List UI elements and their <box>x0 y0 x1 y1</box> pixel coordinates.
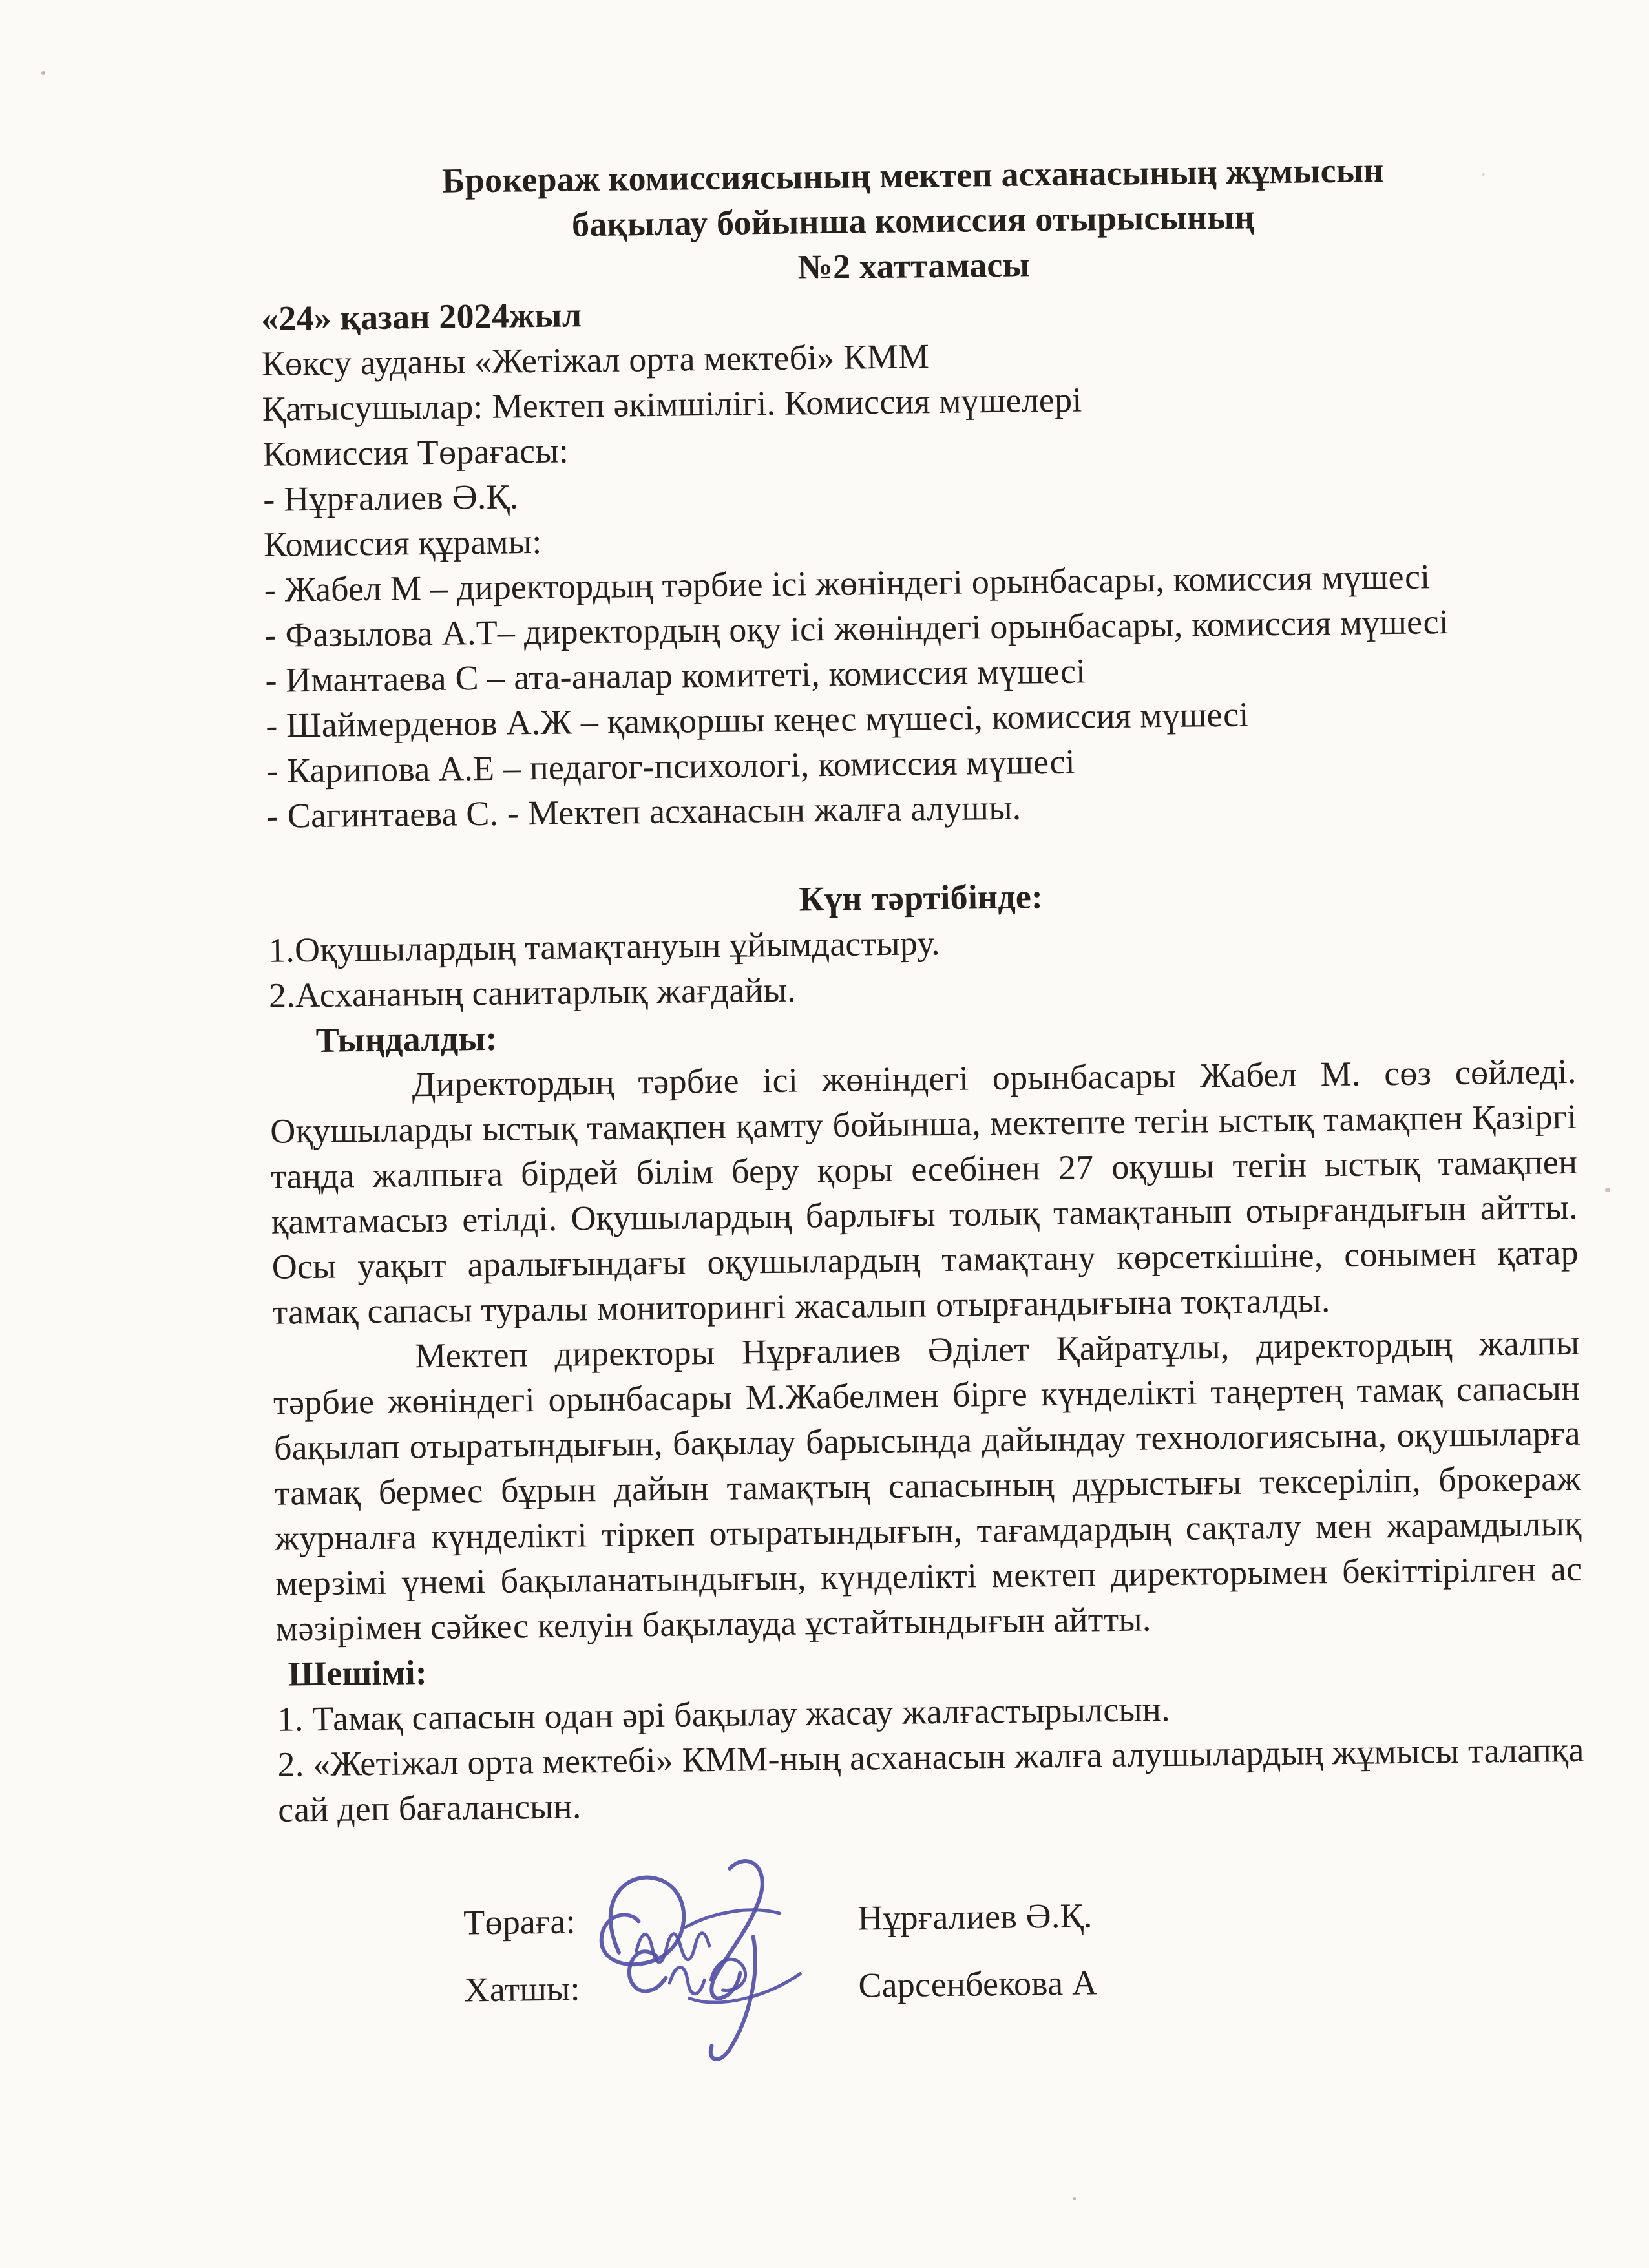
scan-speck <box>1482 173 1485 176</box>
document-content: Брокераж комиссиясының мектеп асханасыны… <box>0 0 1649 2039</box>
heard-paragraph-2: Мектеп директоры Нұрғалиев Әділет Қайрат… <box>273 1320 1582 1652</box>
chairman-label: Төраға: <box>463 1898 601 1945</box>
decision-item: 2. «Жетіжал орта мектебі» КММ-ның асхана… <box>277 1727 1584 1832</box>
scan-speck <box>1605 1188 1610 1192</box>
heard-paragraph-1: Директордың тәрбие ісі жөніндегі орынбас… <box>269 1049 1579 1335</box>
secretary-signature-row: Хатшы: Сарсенбекова А <box>280 1955 1587 2037</box>
scanned-document-page: Брокераж комиссиясының мектеп асханасыны… <box>0 0 1649 2268</box>
secretary-label: Хатшы: <box>464 1966 602 2012</box>
secretary-name: Сарсенбекова А <box>858 1960 1098 2008</box>
chairman-name: Нұрғалиев Ә.Қ. <box>857 1893 1093 1940</box>
scan-speck <box>41 71 45 75</box>
scan-speck <box>1073 2197 1076 2200</box>
signature-block: Төраға: Нұрғалиев Ә.Қ. Хатшы: Сарсенбеко… <box>279 1887 1587 2037</box>
